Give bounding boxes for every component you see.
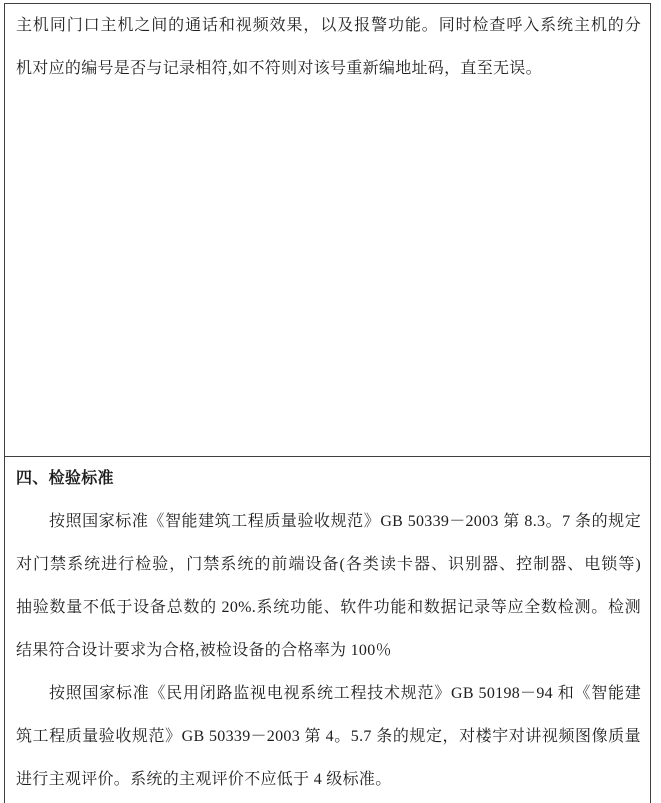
paragraph-line: 机对应的编号是否与记录相符,如不符则对该号重新编地址码，直至无误。: [16, 47, 641, 90]
table-cell-inspection-standard: 四、检验标准 按照国家标准《智能建筑工程质量验收规范》GB 50339－2003…: [5, 456, 650, 801]
document-table-border: 主机同门口主机之间的通话和视频效果，以及报警功能。同时检查呼入系统主机的分 机对…: [4, 3, 651, 803]
paragraph-line: 按照国家标准《民用闭路监视电视系统工程技术规范》GB 50198－94 和《智能…: [16, 672, 641, 715]
paragraph-line: 主机同门口主机之间的通话和视频效果，以及报警功能。同时检查呼入系统主机的分: [16, 4, 641, 47]
section-heading: 四、检验标准: [16, 457, 641, 500]
paragraph-line: 结果符合设计要求为合格,被检设备的合格率为 100％: [16, 629, 641, 672]
paragraph-line: 按照国家标准《智能建筑工程质量验收规范》GB 50339－2003 第 8.3。…: [16, 500, 641, 543]
table-cell-inspection-method-continued: 主机同门口主机之间的通话和视频效果，以及报警功能。同时检查呼入系统主机的分 机对…: [5, 4, 650, 456]
paragraph-line: 抽验数量不低于设备总数的 20%.系统功能、软件功能和数据记录等应全数检测。检测: [16, 586, 641, 629]
paragraph-line: 筑工程质量验收规范》GB 50339－2003 第 4。5.7 条的规定，对楼宇…: [16, 715, 641, 758]
paragraph-line: 进行主观评价。系统的主观评价不应低于 4 级标准。: [16, 758, 641, 801]
paragraph-line: 对门禁系统进行检验，门禁系统的前端设备(各类读卡器、识别器、控制器、电锁等): [16, 543, 641, 586]
